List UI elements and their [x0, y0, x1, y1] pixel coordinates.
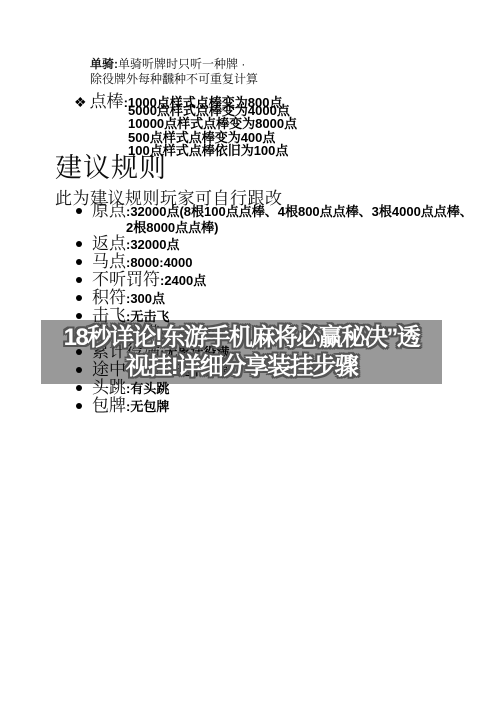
- overlay-title-line-1: 18秒详论!东游手机麻将必赢秘决”透: [64, 323, 420, 352]
- bullet-icon: [76, 403, 82, 409]
- rule-item-noten-penalty: 不听罚符:2400点: [76, 271, 473, 289]
- bullet-icon: [76, 295, 82, 301]
- point-stick-value-3: 10000点样式点棒变为8000点: [128, 117, 297, 130]
- rule-item-pao: 包牌:无包牌: [76, 397, 473, 415]
- rule-item-origin-points: 原点:32000点(8根100点点棒、4根800点点棒、3根4000点点棒、 2…: [76, 202, 473, 235]
- single-wait-label: 单骑:: [90, 57, 118, 71]
- rule-value: :300点: [126, 291, 165, 306]
- bullet-icon: [76, 385, 82, 391]
- bullet-icon: [76, 313, 82, 319]
- section-heading: 建议规则: [55, 153, 167, 183]
- bullet-icon: [76, 241, 82, 247]
- rule-title: 返点: [92, 234, 126, 253]
- single-wait-note: 单骑:单骑听牌时只听一种牌 · 除役牌外每种飜种不可重复计算: [90, 57, 258, 87]
- point-stick-value-4: 500点样式点棒变为400点: [128, 131, 297, 144]
- point-stick-value-2: 5000点样式点棒变为4000点: [128, 104, 297, 117]
- bullet-icon: [76, 259, 82, 265]
- rule-title: 原点: [92, 201, 126, 220]
- rule-value: :8000:4000: [126, 255, 193, 270]
- rule-value-wrap: 2根8000点点棒): [126, 220, 473, 235]
- single-wait-line: 单骑:单骑听牌时只听一种牌 ·: [90, 57, 258, 72]
- rule-value: :32000点: [126, 237, 179, 252]
- diamond-bullet-icon: ❖: [74, 94, 87, 110]
- yaku-count-note: 除役牌外每种飜种不可重复计算: [90, 72, 258, 87]
- rule-item-return-points: 返点:32000点: [76, 235, 473, 253]
- spam-overlay-banner: 18秒详论!东游手机麻将必赢秘决”透 视挂!详细分享装挂步骤: [41, 320, 442, 384]
- overlay-title-line-2: 视挂!详细分享装挂步骤: [126, 352, 358, 381]
- single-wait-text: 单骑听牌时只听一种牌 ·: [118, 57, 245, 71]
- point-stick-values: 5000点样式点棒变为4000点 10000点样式点棒变为8000点 500点样…: [128, 104, 297, 158]
- rule-item-uma: 马点:8000:4000: [76, 253, 473, 271]
- rule-value: :无包牌: [126, 399, 169, 414]
- rule-value: :32000点(8根100点点棒、4根800点点棒、3根4000点点棒、: [126, 204, 473, 219]
- bullet-icon: [76, 277, 82, 283]
- rule-title: 马点: [92, 252, 126, 271]
- point-stick-title: 点棒: [90, 92, 124, 111]
- rule-title: 包牌: [92, 396, 126, 415]
- rule-item-accum-fu: 积符:300点: [76, 289, 473, 307]
- bullet-icon: [76, 208, 82, 214]
- rule-value: :2400点: [160, 273, 206, 288]
- rule-title: 不听罚符: [92, 270, 160, 289]
- rule-title: 积符: [92, 288, 126, 307]
